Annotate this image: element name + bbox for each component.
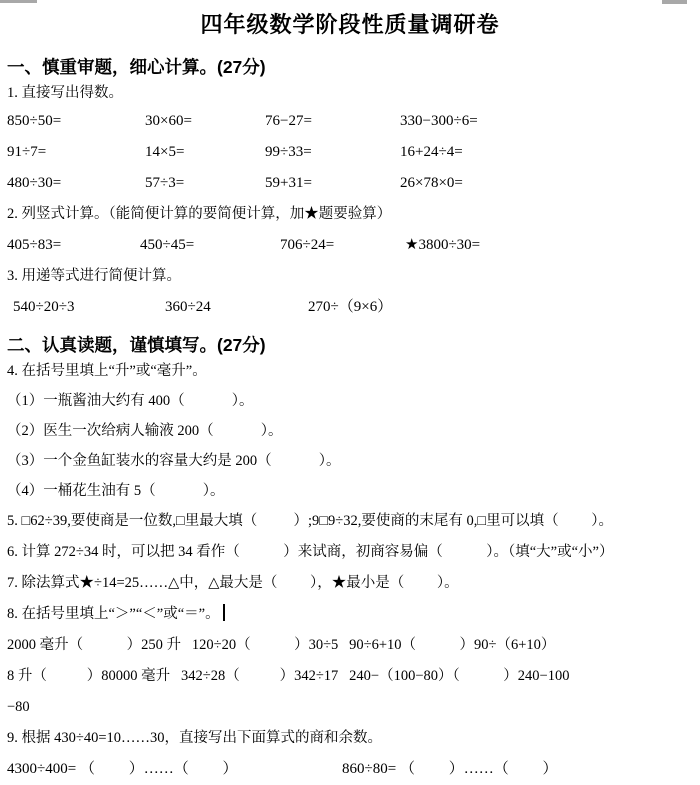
q9-label: 9. 根据 430÷40=10……30，直接写出下面算式的商和余数。: [0, 723, 700, 754]
q8-row-1: 2000 毫升（ ）250 升 120÷20（ ）30÷5 90÷6+10（ ）…: [0, 630, 700, 661]
page-title: 四年级数学阶段性质量调研卷: [0, 0, 700, 46]
q4-item-2: （2）医生一次给病人输液 200（ ）。: [0, 416, 700, 446]
math-expression: 4300÷400= （ ）……（ ）: [7, 754, 342, 785]
math-expression: 405÷83=: [7, 230, 140, 261]
math-expression: 14×5=: [145, 137, 265, 168]
q2-label: 2. 列竖式计算。（能简便计算的要简便计算，加★题要验算）: [0, 199, 700, 230]
q1-label: 1. 直接写出得数。: [0, 78, 700, 106]
math-expression: 30×60=: [145, 106, 265, 137]
math-expression: 16+24÷4=: [400, 137, 700, 168]
math-expression: 706÷24=: [280, 230, 405, 261]
screenshot-artifact-right: [662, 0, 687, 4]
screenshot-artifact-left: [0, 0, 37, 3]
q6-text: 6. 计算 272÷34 时，可以把 34 看作（ ）来试商，初商容易偏（ ）。…: [0, 537, 700, 568]
q1-row-3: 480÷30= 57÷3= 59+31= 26×78×0=: [0, 168, 700, 199]
q4-label: 4. 在括号里填上“升”或“毫升”。: [0, 356, 700, 386]
math-expression: 540÷20÷3: [13, 292, 165, 323]
math-expression: 850÷50=: [7, 106, 145, 137]
math-expression-starred: ★3800÷30=: [405, 230, 700, 261]
q3-label: 3. 用递等式进行简便计算。: [0, 261, 700, 292]
math-expression: 480÷30=: [7, 168, 145, 199]
section1-header: 一、慎重审题，细心计算。(27分): [0, 46, 700, 78]
math-expression: 26×78×0=: [400, 168, 700, 199]
math-expression: 450÷45=: [140, 230, 280, 261]
math-expression: 360÷24: [165, 292, 308, 323]
q2-row: 405÷83= 450÷45= 706÷24= ★3800÷30=: [0, 230, 700, 261]
math-expression: 76−27=: [265, 106, 400, 137]
q8-row-3: −80: [0, 692, 700, 723]
q4-item-3: （3）一个金鱼缸装水的容量大约是 200（ ）。: [0, 446, 700, 476]
math-expression: 330−300÷6=: [400, 106, 700, 137]
document-page[interactable]: 四年级数学阶段性质量调研卷 一、慎重审题，细心计算。(27分) 1. 直接写出得…: [0, 0, 700, 785]
q8-row-2: 8 升（ ）80000 毫升 342÷28（ ）342÷17 240−（100−…: [0, 661, 700, 692]
q7-text: 7. 除法算式★÷14=25……△中，△最大是（ ），★最小是（ ）。: [0, 568, 700, 599]
q9-row: 4300÷400= （ ）……（ ） 860÷80= （ ）……（ ）: [0, 754, 700, 785]
section2-header: 二、认真读题，谨慎填写。(27分): [0, 323, 700, 356]
q1-row-2: 91÷7= 14×5= 99÷33= 16+24÷4=: [0, 137, 700, 168]
q5-text: 5. □62÷39,要使商是一位数,□里最大填（ ）;9□9÷32,要使商的末尾…: [0, 506, 700, 537]
q4-item-1: （1）一瓶酱油大约有 400（ ）。: [0, 386, 700, 416]
math-expression: 59+31=: [265, 168, 400, 199]
q3-row: 540÷20÷3 360÷24 270÷（9×6）: [0, 292, 700, 323]
q1-row-1: 850÷50= 30×60= 76−27= 330−300÷6=: [0, 106, 700, 137]
q8-label-text: 8. 在括号里填上“＞”“＜”或“＝”。: [7, 606, 220, 622]
math-expression: 57÷3=: [145, 168, 265, 199]
text-cursor: [223, 604, 225, 621]
math-expression: 91÷7=: [7, 137, 145, 168]
math-expression: 270÷（9×6）: [308, 292, 700, 323]
q4-item-4: （4）一桶花生油有 5（ ）。: [0, 476, 700, 506]
math-expression: 860÷80= （ ）……（ ）: [342, 754, 700, 785]
q8-label: 8. 在括号里填上“＞”“＜”或“＝”。: [0, 599, 700, 630]
math-expression: 99÷33=: [265, 137, 400, 168]
